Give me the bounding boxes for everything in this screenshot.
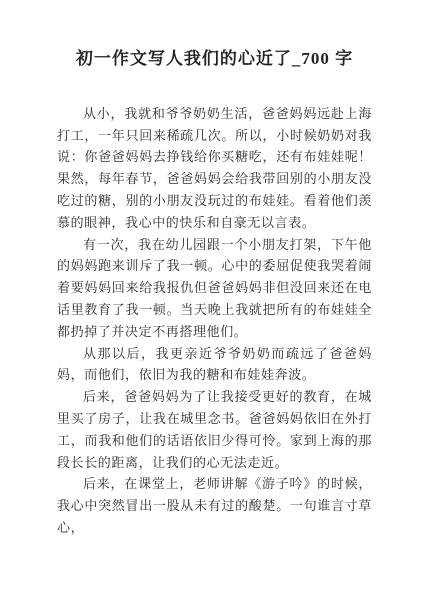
paragraph-5: 后来，在课堂上，老师讲解《游子吟》的时候，我心中突然冒出一股从未有过的酸楚。一句… (57, 473, 372, 538)
paragraph-3: 从那以后，我更亲近爷爷奶奶而疏远了爸爸妈妈，而他们，依旧为我的糖和布娃娃奔波。 (57, 343, 372, 387)
essay-title: 初一作文写人我们的心近了_700 字 (57, 47, 372, 71)
paragraph-1: 从小，我就和爷爷奶奶生活，爸爸妈妈远赴上海打工，一年只回来稀疏几次。所以，小时候… (57, 103, 372, 234)
essay-body: 从小，我就和爷爷奶奶生活，爸爸妈妈远赴上海打工，一年只回来稀疏几次。所以，小时候… (57, 103, 372, 539)
page-content: 初一作文写人我们的心近了_700 字 从小，我就和爷爷奶奶生活，爸爸妈妈远赴上海… (0, 0, 423, 539)
paragraph-4: 后来，爸爸妈妈为了让我接受更好的教育，在城里买了房子，让我在城里念书。爸爸妈妈依… (57, 386, 372, 473)
paragraph-2: 有一次，我在幼儿园跟一个小朋友打架，下午他的妈妈跑来训斥了我一顿。心中的委屈促使… (57, 234, 372, 343)
document-page: 初一作文写人我们的心近了_700 字 从小，我就和爷爷奶奶生活，爸爸妈妈远赴上海… (0, 0, 423, 600)
